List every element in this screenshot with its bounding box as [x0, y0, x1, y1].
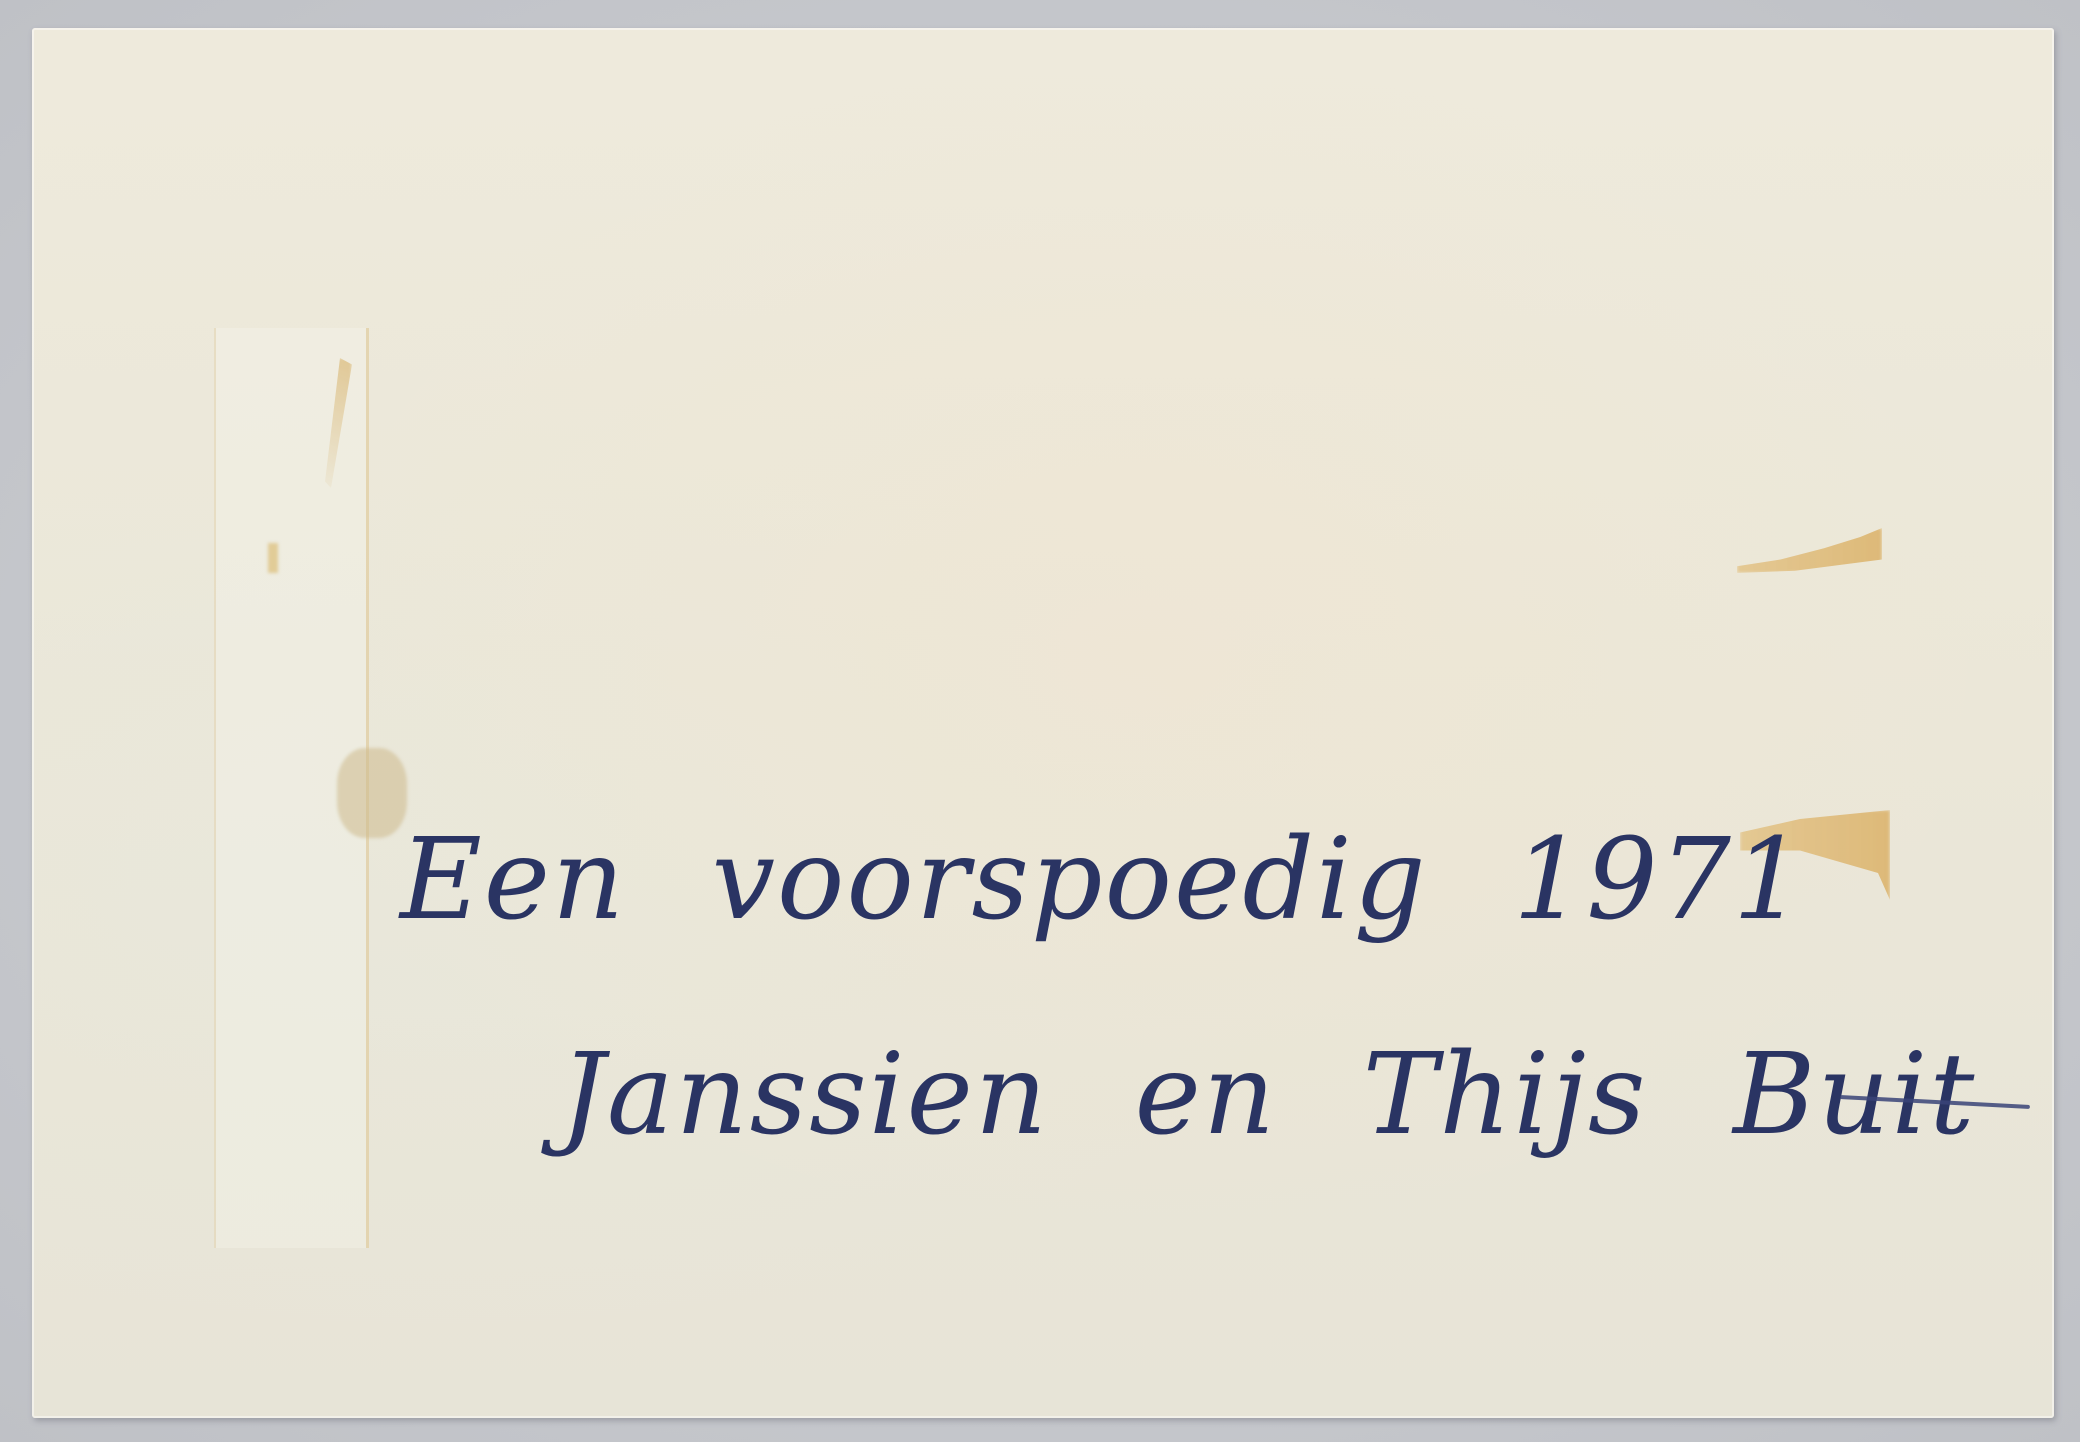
tape-stain-left-mark: [268, 543, 278, 573]
card-back: [32, 28, 2054, 1418]
year: 1971: [1513, 815, 1806, 945]
word-en: en: [1135, 1030, 1277, 1160]
word-een: Een: [400, 815, 626, 945]
tape-stain-left-bottom: [337, 748, 407, 838]
inscription-line-2: Janssien en Thijs Buit: [560, 1030, 2024, 1160]
tape-stain-right-top: [1737, 528, 1882, 573]
inscription-line-1: Een voorspoedig 1971: [400, 815, 1854, 945]
name-janssien: Janssien: [560, 1030, 1049, 1160]
name-thijs: Thijs: [1363, 1030, 1648, 1160]
word-voorspoedig: voorspoedig: [712, 815, 1428, 945]
